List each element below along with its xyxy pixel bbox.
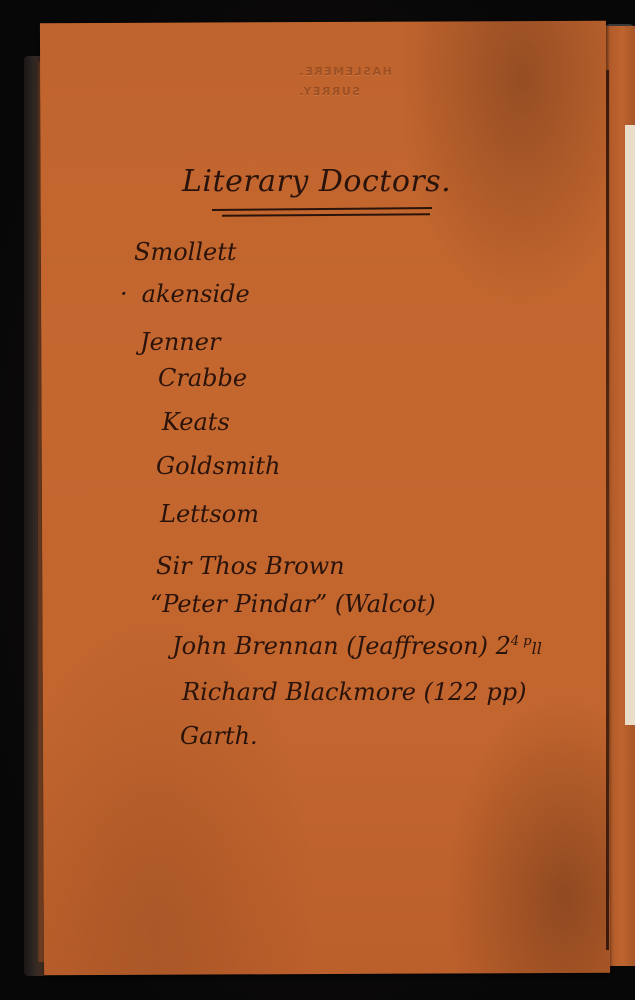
page-title: Literary Doctors.: [182, 164, 451, 199]
entry-text: Garth.: [180, 722, 258, 750]
entry-text: Lettsom: [160, 500, 259, 528]
entry-text: John Brennan (Jeaffreson) 2: [172, 632, 511, 660]
entry-text: Crabbe: [158, 364, 247, 392]
list-item-keats: Keats: [162, 408, 230, 436]
entry-text: Jenner: [140, 328, 220, 356]
list-item-crabbe: Crabbe: [158, 364, 247, 392]
entry-text: “Peter Pindar” (Walcot): [150, 590, 436, 618]
list-item-smollett: Smollett: [134, 238, 237, 266]
entry-suffix: ll: [532, 639, 542, 658]
entry-text: Smollett: [134, 238, 237, 266]
embossed-stamp: HASLEMERE. SURREY.: [298, 62, 408, 102]
entry-prefix: ·: [120, 280, 128, 308]
list-item-richard-blackmore: Richard Blackmore (122 pp): [182, 678, 526, 706]
entry-text: akenside: [142, 280, 250, 308]
list-item-garth: Garth.: [180, 722, 258, 750]
entry-text: Goldsmith: [156, 452, 281, 480]
list-item-jenner: Jenner: [140, 328, 220, 356]
entry-text: Sir Thos Brown: [156, 552, 345, 580]
list-item-john-brennan: John Brennan (Jeaffreson) 24 pll: [172, 632, 542, 660]
list-item-sir-thos-brown: Sir Thos Brown: [156, 552, 345, 580]
stamp-line-2: SURREY.: [298, 82, 408, 102]
entry-note: 4 p: [511, 634, 532, 649]
entry-text: Keats: [162, 408, 230, 436]
stamp-line-1: HASLEMERE.: [298, 62, 408, 82]
endpaper-strip: [625, 125, 635, 725]
list-item-peter-pindar: “Peter Pindar” (Walcot): [150, 590, 436, 618]
entry-text: Richard Blackmore (122 pp): [182, 678, 526, 706]
list-item-lettsom: Lettsom: [160, 500, 259, 528]
list-item-akenside: ·akenside: [120, 280, 250, 308]
list-item-goldsmith: Goldsmith: [156, 452, 281, 480]
page-fold: [606, 70, 609, 950]
